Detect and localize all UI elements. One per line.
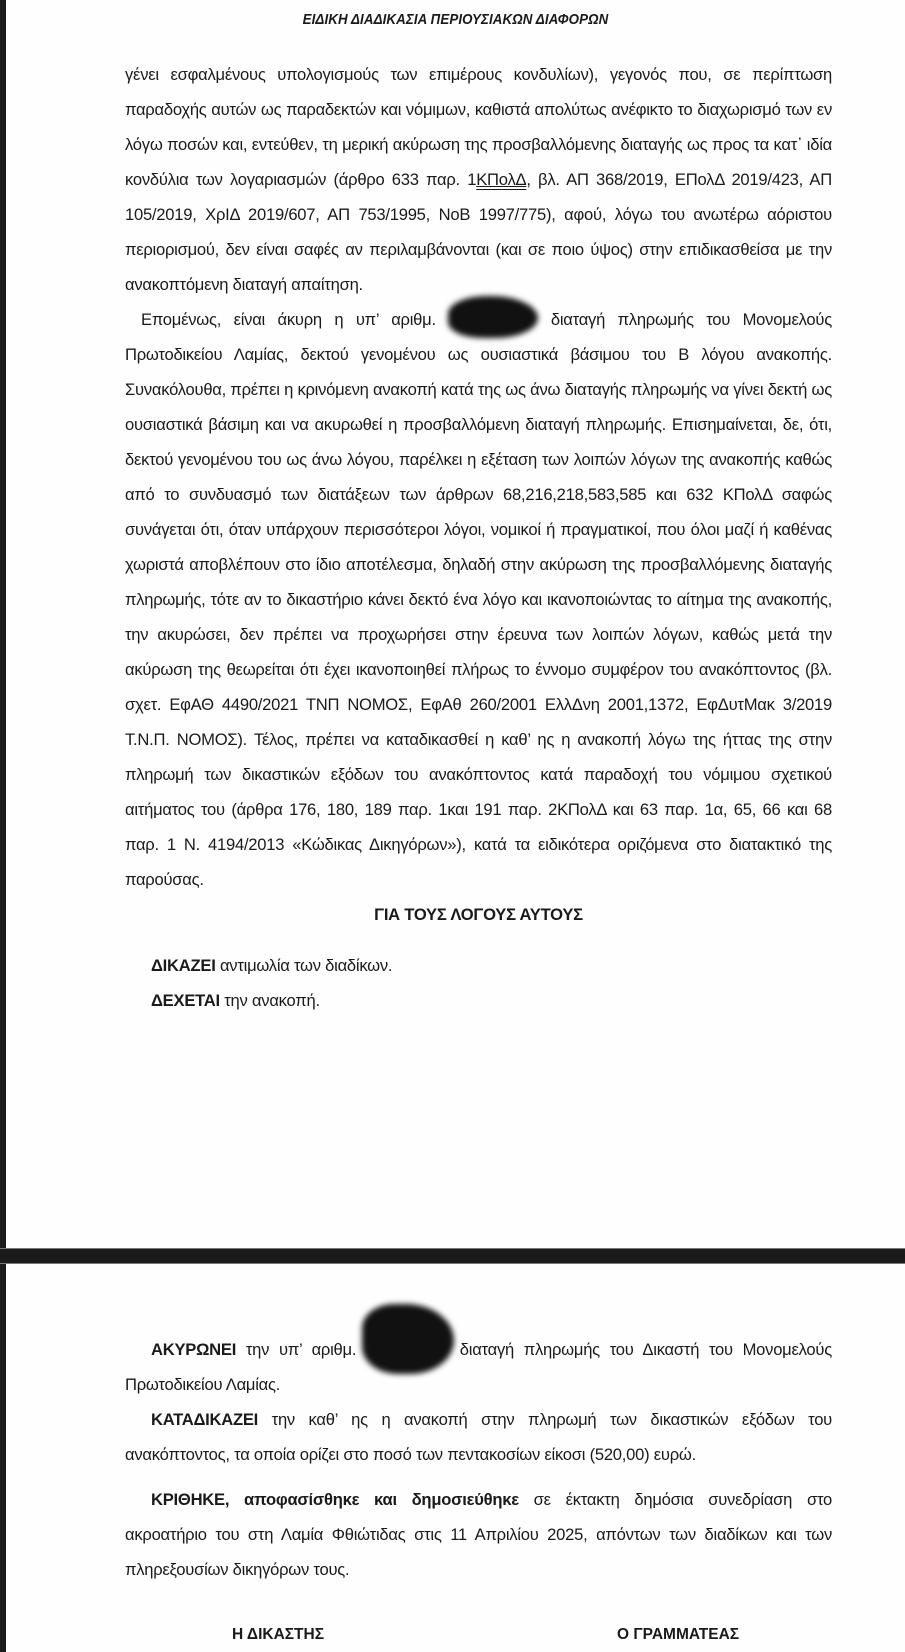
body-text: γένει εσφαλμένους υπολογισμούς των επιμέ… xyxy=(125,57,832,1018)
signature-judge: Η ΔΙΚΑΣΤΗΣ xyxy=(232,1626,324,1644)
order-verb: ΔΙΚΑΖΕΙ xyxy=(151,956,216,975)
page-divider xyxy=(0,1248,905,1264)
page-header-title: ΕΙΔΙΚΗ ΔΙΑΔΙΚΑΣΙΑ ΠΕΡΙΟΥΣΙΑΚΩΝ ΔΙΑΦΟΡΩΝ xyxy=(42,12,869,28)
paragraph-reasoning: γένει εσφαλμένους υπολογισμούς των επιμέ… xyxy=(125,57,832,302)
section-heading: ΓΙΑ ΤΟΥΣ ΛΟΓΟΥΣ ΑΥΤΟΥΣ xyxy=(125,897,832,932)
body-text: ΑΚΥΡΩΝΕΙ την υπ’ αριθμ. διαταγή πληρωμής… xyxy=(125,1332,832,1587)
statute-reference: ΚΠολΔ xyxy=(476,170,526,189)
order-item: ΔΕΧΕΤΑΙ την ανακοπή. xyxy=(125,983,832,1018)
order-text: την ανακοπή. xyxy=(220,991,320,1010)
paragraph-conclusion: Επομένως, είναι άκυρη η υπ’ αριθμ. διατα… xyxy=(125,302,832,897)
redaction-mark xyxy=(448,312,538,329)
text-span: Επομένως, είναι άκυρη η υπ’ αριθμ. xyxy=(141,310,436,329)
document-page-2: ΑΚΥΡΩΝΕΙ την υπ’ αριθμ. διαταγή πληρωμής… xyxy=(6,1264,905,1652)
order-annul: ΑΚΥΡΩΝΕΙ την υπ’ αριθμ. διαταγή πληρωμής… xyxy=(125,1332,832,1402)
signature-clerk: Ο ΓΡΑΜΜΑΤΕΑΣ xyxy=(617,1626,739,1644)
text-span: διαταγή πληρωμής του Μονομελούς Πρωτοδικ… xyxy=(125,310,832,889)
spacer xyxy=(125,932,832,948)
order-verb: ΑΚΥΡΩΝΕΙ xyxy=(151,1340,236,1359)
order-verb: ΔΕΧΕΤΑΙ xyxy=(151,991,220,1010)
order-text: αντιμωλία των διαδίκων. xyxy=(216,956,393,975)
order-decided: ΚΡΙΘΗΚΕ, αποφασίσθηκε και δημοσιεύθηκε σ… xyxy=(125,1482,832,1587)
order-verb: ΚΡΙΘΗΚΕ, αποφασίσθηκε και δημοσιεύθηκε xyxy=(151,1490,519,1509)
text-span: την υπ’ αριθμ. xyxy=(236,1340,356,1359)
order-item: ΔΙΚΑΖΕΙ αντιμωλία των διαδίκων. xyxy=(125,948,832,983)
redaction-mark xyxy=(366,1342,450,1359)
order-verb: ΚΑΤΑΔΙΚΑΖΕΙ xyxy=(151,1410,258,1429)
order-condemn: ΚΑΤΑΔΙΚΑΖΕΙ την καθ’ ης η ανακοπή στην π… xyxy=(125,1402,832,1472)
document-page-1: ΕΙΔΙΚΗ ΔΙΑΔΙΚΑΣΙΑ ΠΕΡΙΟΥΣΙΑΚΩΝ ΔΙΑΦΟΡΩΝ … xyxy=(6,0,905,1248)
